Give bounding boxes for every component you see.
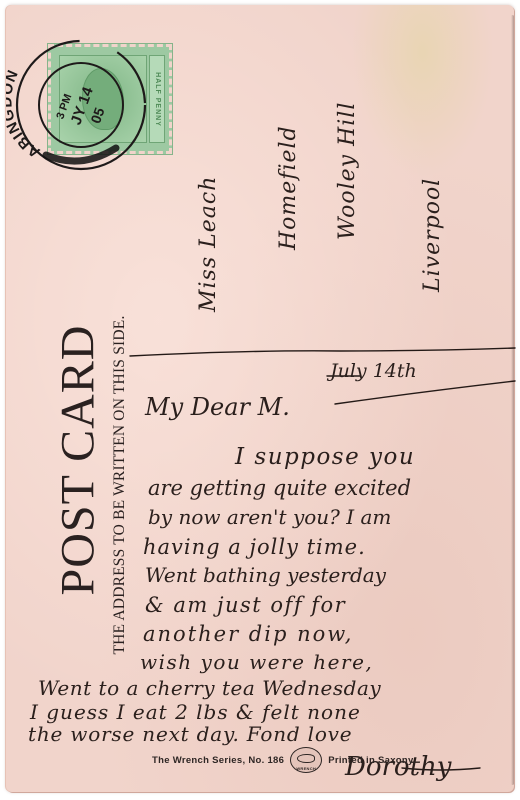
series-label: The Wrench Series, No. 186 xyxy=(152,755,284,766)
fish-icon xyxy=(297,754,315,763)
wrench-logo-icon: WRENCH xyxy=(290,747,322,773)
address-instruction: THE ADDRESS TO BE WRITTEN ON THIS SIDE. xyxy=(111,315,129,654)
address-line-city: Liverpool xyxy=(420,178,445,292)
card-edge xyxy=(511,15,514,785)
svg-text:ABINGDON: ABINGDON xyxy=(6,67,43,161)
printed-label: Printed in Saxony. xyxy=(328,755,416,766)
post-card-title: POST CARD xyxy=(51,325,106,596)
message-salutation: My Dear M. xyxy=(145,393,290,421)
message-line: I suppose you xyxy=(235,444,415,470)
postmark-town: ABINGDON xyxy=(6,67,43,161)
message-date: July 14th xyxy=(330,360,417,382)
message-line: having a jolly time. xyxy=(143,535,366,559)
address-line-house: Homefield xyxy=(276,125,301,250)
postmark: ABINGDON 3 PM JY 14 05 xyxy=(6,30,156,180)
address-line-name: Miss Leach xyxy=(196,176,221,312)
message-line: are getting quite excited xyxy=(148,476,411,500)
message-line: another dip now, xyxy=(143,622,353,646)
message-line: wish you were here, xyxy=(140,650,373,674)
message-line: I guess I eat 2 lbs & felt none xyxy=(30,700,361,724)
address-line-street: Wooley Hill xyxy=(335,102,360,240)
message-line: & am just off for xyxy=(145,593,346,617)
publisher-footer: The Wrench Series, No. 186 WRENCH Printe… xyxy=(152,747,416,773)
message-line: Went to a cherry tea Wednesday xyxy=(38,676,381,700)
message-line: Went bathing yesterday xyxy=(145,563,386,587)
message-line: the worse next day. Fond love xyxy=(28,722,352,746)
message-line: by now aren't you? I am xyxy=(148,505,391,529)
